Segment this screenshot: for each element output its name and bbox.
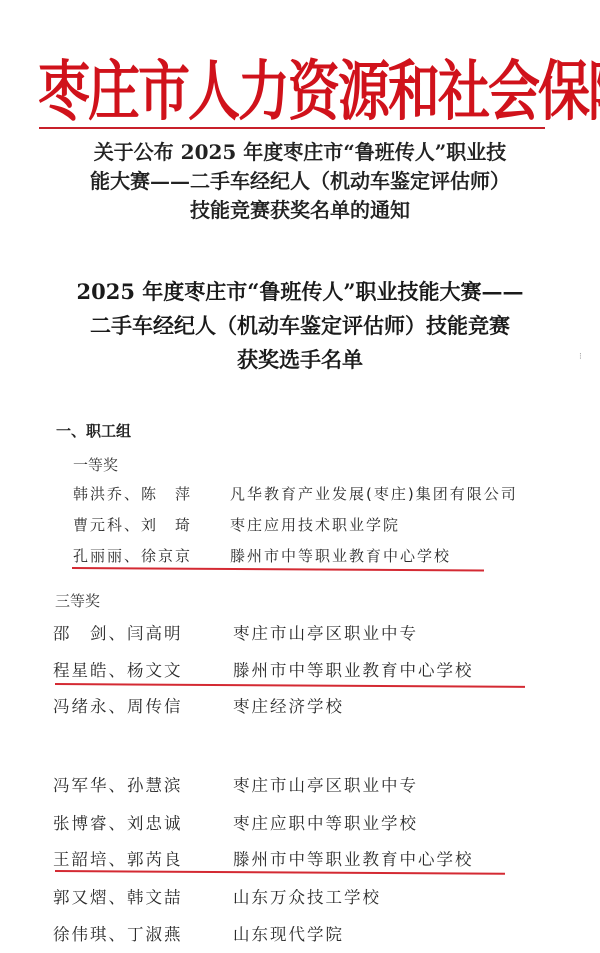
list-item: 张博睿、刘忠诚枣庄应职中等职业学校 (0, 810, 600, 838)
notice-title: 关于公布 2025 年度枣庄市“鲁班传人”职业技 能大赛——二手车经纪人（机动车… (40, 138, 560, 225)
winner-organization: 枣庄市山亭区职业中专 (233, 772, 418, 796)
first-prize-heading: 一等奖 (73, 454, 118, 475)
notice-title-line-2: 能大赛——二手车经纪人（机动车鉴定评估师） (40, 167, 560, 196)
list-title-line-3: 获奖选手名单 (30, 343, 570, 377)
winner-names: 韩洪乔、陈 萍 (73, 483, 192, 504)
winner-organization: 滕州市中等职业教育中心学校 (233, 846, 474, 870)
list-title-line-2: 二手车经纪人（机动车鉴定评估师）技能竞赛 (30, 309, 570, 343)
list-item: 韩洪乔、陈 萍凡华教育产业发展(枣庄)集团有限公司 (0, 483, 600, 511)
winner-organization: 枣庄经济学校 (233, 693, 344, 717)
winner-organization: 枣庄市山亭区职业中专 (233, 620, 418, 644)
notice-title-line-1: 关于公布 2025 年度枣庄市“鲁班传人”职业技 (40, 138, 560, 167)
list-item: 程星皓、杨文文滕州市中等职业教育中心学校 (0, 657, 600, 685)
winner-organization: 凡华教育产业发展(枣庄)集团有限公司 (230, 483, 518, 504)
winner-organization: 枣庄应职中等职业学校 (233, 810, 418, 834)
winner-names: 王韶培、郭芮良 (53, 846, 183, 870)
scan-speck: ⁝ (579, 352, 582, 362)
list-item: 冯绪永、周传信枣庄经济学校 (0, 693, 600, 721)
winner-names: 程星皓、杨文文 (53, 657, 183, 681)
list-item: 王韶培、郭芮良滕州市中等职业教育中心学校 (0, 846, 600, 874)
letterhead-red-rule (39, 127, 545, 129)
winner-names: 邵 剑、闫高明 (53, 620, 183, 644)
highlight-underline (72, 567, 484, 571)
winner-organization: 山东万众技工学校 (233, 884, 381, 908)
section-heading: 一、职工组 (56, 420, 131, 441)
winner-names: 曹元科、刘 琦 (73, 514, 192, 535)
highlight-underline (55, 870, 505, 874)
list-title-line-1: 2025 年度枣庄市“鲁班传人”职业技能大赛—— (30, 275, 570, 309)
highlight-underline (55, 683, 525, 687)
notice-title-line-3: 技能竞赛获奖名单的通知 (40, 196, 560, 225)
winner-names: 孔丽丽、徐京京 (73, 545, 192, 566)
list-item: 冯军华、孙慧滨枣庄市山亭区职业中专 (0, 772, 600, 800)
list-item: 曹元科、刘 琦枣庄应用技术职业学院 (0, 514, 600, 542)
winner-names: 张博睿、刘忠诚 (53, 810, 183, 834)
winner-organization: 山东现代学院 (233, 921, 344, 945)
list-item: 邵 剑、闫高明枣庄市山亭区职业中专 (0, 620, 600, 648)
list-item: 孔丽丽、徐京京滕州市中等职业教育中心学校 (0, 545, 600, 573)
winner-names: 郭又熠、韩文喆 (53, 884, 183, 908)
winner-names: 冯军华、孙慧滨 (53, 772, 183, 796)
list-item: 郭又熠、韩文喆山东万众技工学校 (0, 884, 600, 912)
list-title: 2025 年度枣庄市“鲁班传人”职业技能大赛—— 二手车经纪人（机动车鉴定评估师… (30, 275, 570, 377)
winner-organization: 滕州市中等职业教育中心学校 (233, 657, 474, 681)
third-prize-heading: 三等奖 (55, 590, 100, 611)
winner-organization: 滕州市中等职业教育中心学校 (230, 545, 451, 566)
winner-names: 徐伟琪、丁淑燕 (53, 921, 183, 945)
winner-organization: 枣庄应用技术职业学院 (230, 514, 400, 535)
list-item: 徐伟琪、丁淑燕山东现代学院 (0, 921, 600, 949)
winner-names: 冯绪永、周传信 (53, 693, 183, 717)
